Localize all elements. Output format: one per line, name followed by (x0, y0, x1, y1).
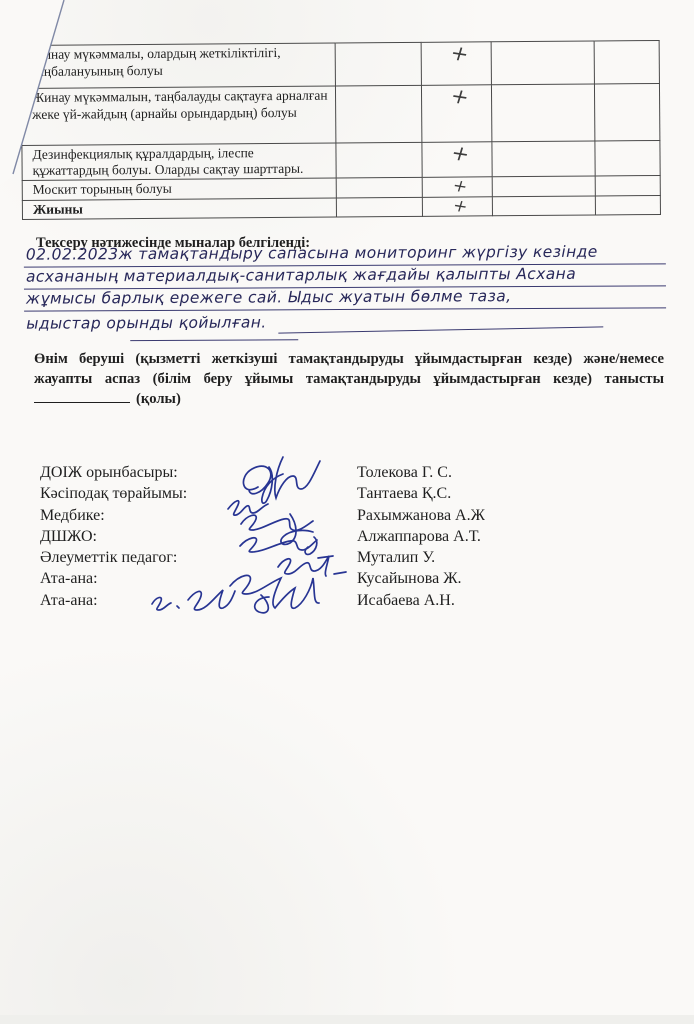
signer-role: ДШЖО: (40, 528, 357, 546)
mark-cell: + (421, 85, 491, 143)
empty-cell (492, 176, 595, 196)
handwritten-plus-mark: + (451, 178, 470, 197)
signature-row: Ата-ана: Исабаева А.Н. (40, 592, 485, 613)
signer-name: Кусайынова Ж. (357, 570, 462, 588)
signature-row: Әлеуметтік педагог: Муталип У. (40, 549, 485, 570)
mark-cell: + (422, 177, 492, 197)
signature-row: Кәсіподақ төрайымы: Тантаева Қ.С. (40, 485, 485, 506)
signer-name: Алжаппарова А.Т. (357, 528, 481, 546)
empty-cell (335, 42, 421, 86)
empty-cell (492, 195, 595, 215)
empty-cell (595, 140, 660, 176)
table-total-row: Жиыны + (22, 195, 660, 220)
signature-block: ДОІЖ орынбасыры: Толекова Г. С. Кәсіпода… (40, 464, 485, 613)
signer-name: Тантаева Қ.С. (357, 485, 451, 503)
handwritten-plus-mark: + (451, 197, 470, 216)
signature-blank-line (34, 389, 130, 403)
handwritten-findings: 02.02.2023ж тамақтандыру сапасына монито… (24, 242, 666, 341)
signer-role: Әлеуметтік педагог: (40, 549, 357, 567)
mark-cell: + (422, 196, 492, 216)
signer-role: Ата-ана: (40, 570, 357, 588)
handwritten-text: ыдыстар орынды қойылған. (26, 313, 267, 332)
ack-line-2: жауапты аспаз (білім беру ұйымы тамақтан… (34, 370, 664, 390)
pen-rule-line (278, 309, 603, 333)
total-label-cell: Жиыны (22, 198, 336, 220)
page-fold-corner (0, 0, 140, 185)
signature-row: Ата-ана: Кусайынова Ж. (40, 570, 485, 591)
handwritten-plus-mark: + (448, 86, 471, 109)
signer-role: ДОІЖ орынбасыры: (40, 464, 357, 482)
ack-signature-line: (қолы) (34, 389, 664, 410)
signer-role: Кәсіподақ төрайымы: (40, 485, 357, 503)
handwritten-line: ыдыстар орынды қойылған. (24, 308, 666, 332)
empty-cell (491, 41, 594, 85)
scan-edge-shadow (0, 1015, 694, 1024)
empty-cell (336, 177, 422, 197)
empty-cell (594, 40, 659, 84)
signer-name: Муталип У. (357, 549, 435, 567)
empty-cell (595, 195, 660, 215)
empty-cell (595, 175, 660, 195)
signer-name: Рахымжанова А.Ж (357, 507, 485, 525)
signer-name: Исабаева А.Н. (357, 592, 455, 610)
ack-line-1: Өнім беруші (қызметті жеткізуші тамақтан… (34, 350, 664, 370)
mark-cell: + (421, 42, 491, 86)
empty-cell (336, 197, 422, 217)
empty-cell (492, 141, 595, 177)
empty-cell (491, 84, 594, 142)
signature-row: ДОІЖ орынбасыры: Толекова Г. С. (40, 464, 485, 485)
acknowledgement-paragraph: Өнім беруші (қызметті жеткізуші тамақтан… (34, 350, 664, 410)
signature-row: ДШЖО: Алжаппарова А.Т. (40, 528, 485, 549)
signer-role: Медбике: (40, 507, 357, 525)
scanned-document-page: Жинау мүкәммалы, олардың жеткіліктілігі,… (0, 0, 694, 1024)
empty-cell (336, 142, 422, 178)
empty-pen-rule-line (130, 331, 298, 341)
mark-cell: + (422, 142, 492, 178)
handwritten-plus-mark: + (447, 43, 470, 66)
empty-cell (335, 85, 421, 143)
signature-caption: (қолы) (136, 391, 181, 407)
signer-name: Толекова Г. С. (357, 464, 452, 482)
empty-cell (594, 83, 659, 141)
handwritten-plus-mark: + (448, 143, 471, 166)
signer-role: Ата-ана: (40, 592, 357, 610)
signature-row: Медбике: Рахымжанова А.Ж (40, 507, 485, 528)
